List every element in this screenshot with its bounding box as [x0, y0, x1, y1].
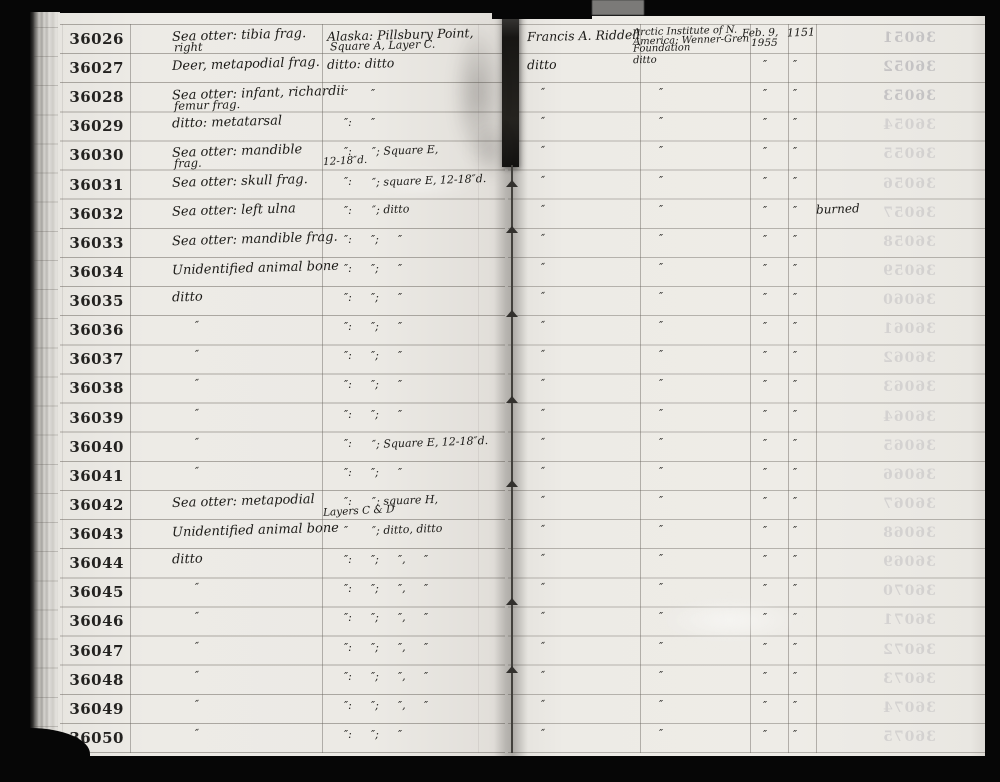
institution-line1: ″ — [659, 669, 663, 682]
catalog-number: 36033 — [56, 234, 124, 252]
specimen-description-line2: frag. — [174, 156, 202, 171]
date: ″ — [763, 145, 767, 158]
catalog-number: 36048 — [56, 671, 124, 689]
ditto-mark: ″ — [398, 728, 402, 741]
ledger-row: 36043 Unidentified animal bone ″ ″; ditt… — [0, 520, 1000, 549]
institution-line1: ″ — [659, 640, 663, 653]
specimen-description-line2: femur frag. — [174, 97, 241, 113]
ledger-row: 36047 ″ ″: ″; ″, ″ ″ ″ ″ ″ 36072 — [0, 637, 1000, 666]
remarks: burned — [816, 201, 860, 217]
ditto-mark: ″ — [424, 611, 428, 624]
institution-line1: ″ — [659, 523, 663, 536]
ditto-mark: ″; — [371, 233, 379, 246]
ditto-mark: ″ — [424, 670, 428, 683]
catalog-number: 36028 — [56, 88, 124, 106]
ditto-mark: ″ — [398, 291, 402, 304]
ditto-mark: ″ — [371, 87, 375, 100]
specimen-description: ″ — [195, 377, 199, 390]
ditto-mark: ″ — [371, 116, 375, 129]
specimen-description: ″ — [195, 698, 199, 711]
date: ″ — [763, 378, 767, 391]
ditto-mark: ″ — [424, 553, 428, 566]
date: ″ — [763, 582, 767, 595]
ditto-mark: ″: — [344, 641, 352, 654]
ledger-row: 36029 ditto: metatarsal ″: ″ ″ ″ ″ ″ 360… — [0, 112, 1000, 141]
ledger-row: 36041 ″ ″: ″; ″ ″ ″ ″ ″ 36066 — [0, 462, 1000, 491]
ledger-row: 36035 ditto ″: ″; ″ ″ ″ ″ ″ 36060 — [0, 287, 1000, 316]
collector: ″ — [541, 698, 545, 711]
date: ″ — [763, 87, 767, 100]
ditto-mark: ″; — [371, 408, 379, 421]
bleed-through-number: 36069 — [878, 554, 940, 570]
collector: ″ — [541, 669, 545, 682]
accession-number: ″ — [793, 320, 797, 333]
catalog-number: 36040 — [56, 438, 124, 456]
institution-line1: ″ — [659, 698, 663, 711]
locality-extra: ″; square E, 12-18″d. — [372, 172, 487, 189]
catalog-number: 36042 — [56, 496, 124, 514]
institution-line1: ″ — [659, 144, 663, 157]
bleed-through-number: 36074 — [878, 700, 940, 716]
collector: ″ — [541, 261, 545, 274]
ditto-mark: ″; — [371, 553, 379, 566]
accession-number: ″ — [793, 58, 797, 71]
ditto-mark: ″; — [371, 670, 379, 683]
bleed-through-number: 36070 — [878, 583, 940, 599]
specimen-description: ″ — [195, 639, 199, 652]
date: ″ — [763, 320, 767, 333]
collector: ″ — [541, 436, 545, 449]
catalog-number: 36045 — [56, 583, 124, 601]
institution-line1: ″ — [659, 203, 663, 216]
specimen-description: Sea otter: skull frag. — [172, 172, 308, 191]
accession-number: ″ — [793, 670, 797, 683]
ditto-mark: ″: — [344, 728, 352, 741]
catalog-number: 36032 — [56, 205, 124, 223]
institution-line1: ″ — [659, 290, 663, 303]
collector: ″ — [541, 86, 545, 99]
collector: ″ — [541, 174, 545, 187]
ledger-row: 36026 Sea otter: tibia frag. right Alask… — [0, 25, 1000, 54]
ditto-mark: ″, — [398, 641, 406, 654]
accession-number: ″ — [793, 553, 797, 566]
catalog-number: 36026 — [56, 30, 124, 48]
ditto-mark: ″; — [371, 699, 379, 712]
ditto-mark: ″ — [398, 466, 402, 479]
ditto-mark: ″: — [344, 378, 352, 391]
bleed-through-number: 36054 — [878, 117, 940, 133]
ditto-mark: ″, — [398, 670, 406, 683]
bleed-through-number: 36061 — [878, 321, 940, 337]
specimen-description-line2: right — [174, 40, 203, 55]
specimen-description: Unidentified animal bone — [172, 259, 339, 279]
date: ″ — [763, 466, 767, 479]
ditto-mark: ″: — [344, 320, 352, 333]
catalog-number: 36044 — [56, 554, 124, 572]
specimen-description: ″ — [195, 610, 199, 623]
bleed-through-number: 36067 — [878, 496, 940, 512]
ditto-mark: ″; — [371, 320, 379, 333]
ledger-row: 36045 ″ ″: ″; ″, ″ ″ ″ ″ ″ 36070 — [0, 578, 1000, 607]
collector: ″ — [541, 407, 545, 420]
date: ″ — [763, 204, 767, 217]
ditto-mark: ″; — [371, 466, 379, 479]
collector: ″ — [541, 115, 545, 128]
ditto-mark: ″ — [398, 262, 402, 275]
photo-border-notch — [492, 0, 592, 19]
specimen-description: Sea otter: metapodial — [172, 492, 315, 511]
date: ″ — [763, 699, 767, 712]
ledger-row: 36042 Sea otter: metapodial Layers C & D… — [0, 491, 1000, 520]
ditto-mark: ″: — [344, 204, 352, 217]
specimen-description: ditto — [172, 290, 203, 306]
catalog-number: 36034 — [56, 263, 124, 281]
ditto-mark: ″; — [371, 291, 379, 304]
specimen-description: ″ — [195, 406, 199, 419]
ditto-mark: ″, — [398, 582, 406, 595]
institution-line3: Foundation — [633, 42, 691, 54]
bleed-through-number: 36064 — [878, 409, 940, 425]
locality-extra: ″; ditto — [372, 202, 410, 216]
ledger-row: 36031 Sea otter: skull frag. ″: ″; squar… — [0, 171, 1000, 200]
catalog-number: 36043 — [56, 525, 124, 543]
ledger-row: 36034 Unidentified animal bone ″: ″; ″ ″… — [0, 258, 1000, 287]
ditto-mark: ″; — [371, 728, 379, 741]
institution-line1: ″ — [659, 552, 663, 565]
bleed-through-number: 36052 — [878, 59, 940, 75]
collector: ″ — [541, 348, 545, 361]
collector: ″ — [541, 552, 545, 565]
photo-border — [0, 0, 30, 782]
ledger-row: 36048 ″ ″: ″; ″, ″ ″ ″ ″ ″ 36073 — [0, 666, 1000, 695]
specimen-description: ″ — [195, 319, 199, 332]
ditto-mark: ″ — [344, 524, 348, 537]
ledger-row: 36038 ″ ″: ″; ″ ″ ″ ″ ″ 36063 — [0, 374, 1000, 403]
catalog-number: 36037 — [56, 350, 124, 368]
ledger-row: 36050 ″ ″: ″; ″ ″ ″ ″ ″ 36075 — [0, 724, 1000, 753]
date: ″ — [763, 524, 767, 537]
institution-line1: ″ — [659, 494, 663, 507]
date: ″ — [763, 408, 767, 421]
ditto-mark: ″ — [424, 699, 428, 712]
ditto-mark: ″; — [371, 349, 379, 362]
accession-number: ″ — [793, 582, 797, 595]
accession-number: ″ — [793, 291, 797, 304]
accession-number: ″ — [793, 204, 797, 217]
catalog-number: 36047 — [56, 642, 124, 660]
institution-line1: ″ — [659, 319, 663, 332]
ditto-mark: ″; — [371, 378, 379, 391]
specimen-description: Sea otter: mandible frag. — [172, 230, 338, 250]
date: ″ — [763, 728, 767, 741]
institution-line1: ″ — [659, 377, 663, 390]
date: ″ — [763, 641, 767, 654]
accession-number: ″ — [793, 611, 797, 624]
institution-line1: ″ — [659, 610, 663, 623]
date: ″ — [763, 116, 767, 129]
date: ″ — [763, 291, 767, 304]
ditto-mark: ″: — [344, 466, 352, 479]
collector: ″ — [541, 319, 545, 332]
collector: ″ — [541, 639, 545, 652]
accession-number: ″ — [793, 116, 797, 129]
specimen-description: ″ — [195, 465, 199, 478]
institution-line1: ″ — [659, 581, 663, 594]
bleed-through-number: 36053 — [878, 88, 940, 104]
institution-line1: ″ — [659, 436, 663, 449]
catalog-number: 36030 — [56, 146, 124, 164]
ditto-mark: ″ — [398, 233, 402, 246]
collector: ″ — [541, 523, 545, 536]
catalog-number: 36031 — [56, 176, 124, 194]
accession-number: ″ — [793, 728, 797, 741]
ditto-mark: ″, — [398, 611, 406, 624]
bleed-through-number: 36062 — [878, 350, 940, 366]
locality-extra: ″; Square E, 12-18″d. — [372, 434, 489, 451]
accession-number: ″ — [793, 349, 797, 362]
ditto-mark: ″: — [344, 145, 352, 158]
bleed-through-number: 36073 — [878, 671, 940, 687]
ditto-mark: ″: — [344, 291, 352, 304]
date: ″ — [763, 58, 767, 71]
bleed-through-number: 36066 — [878, 467, 940, 483]
ditto-mark: ″; — [371, 611, 379, 624]
ditto-mark: ″: — [344, 116, 352, 129]
institution-line1: ″ — [659, 86, 663, 99]
catalog-number: 36027 — [56, 59, 124, 77]
ditto-mark: ″: — [344, 553, 352, 566]
ditto-mark: ″; — [371, 582, 379, 595]
collector: Francis A. Riddell — [527, 27, 641, 44]
locality-line2: Square A, Layer C. — [330, 38, 436, 54]
ditto-mark: ″ — [398, 320, 402, 333]
locality-extra: ″; ditto, ditto — [372, 522, 443, 537]
collector: ″ — [541, 144, 545, 157]
accession-number: ″ — [793, 495, 797, 508]
accession-number: ″ — [793, 87, 797, 100]
accession-number: ″ — [793, 378, 797, 391]
institution-line1: ″ — [659, 727, 663, 740]
ditto-mark: ″, — [398, 699, 406, 712]
ledger-scan-photo: 36026 Sea otter: tibia frag. right Alask… — [0, 0, 1000, 782]
ditto-mark: ″: — [344, 408, 352, 421]
specimen-description: Unidentified animal bone — [172, 521, 339, 541]
date: ″ — [763, 349, 767, 362]
accession-number: ″ — [793, 699, 797, 712]
institution-line1: ″ — [659, 174, 663, 187]
date: ″ — [763, 670, 767, 683]
ditto-mark: ″ — [344, 87, 348, 100]
date: ″ — [763, 437, 767, 450]
ledger-row: 36037 ″ ″: ″; ″ ″ ″ ″ ″ 36062 — [0, 345, 1000, 374]
locality: ditto: ditto — [327, 55, 395, 72]
specimen-description: ″ — [195, 581, 199, 594]
specimen-description: ″ — [195, 727, 199, 740]
date: ″ — [763, 553, 767, 566]
institution-line1: ″ — [659, 407, 663, 420]
bleed-through-number: 36075 — [878, 729, 940, 745]
catalog-number: 36029 — [56, 117, 124, 135]
collector: ditto — [527, 57, 557, 73]
collector: ″ — [541, 203, 545, 216]
ledger-row: 36046 ″ ″: ″; ″, ″ ″ ″ ″ ″ 36071 — [0, 607, 1000, 636]
ditto-mark: ″; — [371, 641, 379, 654]
bleed-through-number: 36051 — [878, 30, 940, 46]
ditto-mark: ″: — [344, 495, 352, 508]
ditto-mark: ″: — [344, 582, 352, 595]
institution-line1: ″ — [659, 261, 663, 274]
ditto-mark: ″: — [344, 611, 352, 624]
accession-number: ″ — [793, 175, 797, 188]
locality-extra: ″; Square E, — [372, 143, 439, 158]
ditto-mark: ″ — [424, 641, 428, 654]
ditto-mark: ″ — [398, 408, 402, 421]
catalog-number: 36036 — [56, 321, 124, 339]
accession-number: ″ — [793, 408, 797, 421]
ledger-row: 36033 Sea otter: mandible frag. ″: ″; ″ … — [0, 229, 1000, 258]
bleed-through-number: 36072 — [878, 642, 940, 658]
ledger-row: 36036 ″ ″: ″; ″ ″ ″ ″ ″ 36061 — [0, 316, 1000, 345]
specimen-description: ditto: metatarsal — [172, 114, 282, 132]
accession-number: ″ — [793, 262, 797, 275]
gutter-top-shadow — [592, 0, 644, 15]
ledger-row: 36044 ditto ″: ″; ″, ″ ″ ″ ″ ″ 36069 — [0, 549, 1000, 578]
collector: ″ — [541, 581, 545, 594]
institution-line1: ″ — [659, 115, 663, 128]
ledger-rows: 36026 Sea otter: tibia frag. right Alask… — [0, 0, 1000, 782]
institution-line1: ditto — [633, 55, 657, 67]
ledger-row: 36030 Sea otter: mandible frag. 12-18″d.… — [0, 141, 1000, 170]
specimen-description: ″ — [195, 669, 199, 682]
date: ″ — [763, 611, 767, 624]
institution-line1: ″ — [659, 232, 663, 245]
accession-number: ″ — [793, 466, 797, 479]
bleed-through-number: 36059 — [878, 263, 940, 279]
locality-extra: ″; square H, — [372, 493, 438, 508]
ditto-mark: ″, — [398, 553, 406, 566]
photo-border — [985, 0, 1000, 782]
collector: ″ — [541, 610, 545, 623]
specimen-description: ″ — [195, 436, 199, 449]
bleed-through-number: 36071 — [878, 612, 940, 628]
collector: ″ — [541, 727, 545, 740]
ditto-mark: ″: — [344, 437, 352, 450]
ledger-row: 36049 ″ ″: ″; ″, ″ ″ ″ ″ ″ 36074 — [0, 695, 1000, 724]
institution-line1: ″ — [659, 348, 663, 361]
ditto-mark: ″: — [344, 670, 352, 683]
collector: ″ — [541, 465, 545, 478]
accession-number: ″ — [793, 437, 797, 450]
catalog-number: 36035 — [56, 292, 124, 310]
ditto-mark: ″: — [344, 262, 352, 275]
date-year: 1955 — [751, 37, 778, 49]
catalog-number: 36046 — [56, 612, 124, 630]
ditto-mark: ″: — [344, 699, 352, 712]
bleed-through-number: 36056 — [878, 176, 940, 192]
accession-number: ″ — [793, 145, 797, 158]
collector: ″ — [541, 494, 545, 507]
collector: ″ — [541, 290, 545, 303]
specimen-description: ditto — [172, 552, 203, 568]
collector: ″ — [541, 232, 545, 245]
bleed-through-number: 36068 — [878, 525, 940, 541]
institution-line1: ″ — [659, 465, 663, 478]
ledger-row: 36039 ″ ″: ″; ″ ″ ″ ″ ″ 36064 — [0, 404, 1000, 433]
date: ″ — [763, 175, 767, 188]
bleed-through-number: 36058 — [878, 234, 940, 250]
accession-number: 1151 — [787, 26, 815, 40]
ledger-row: 36032 Sea otter: left ulna ″: ″; ditto ″… — [0, 200, 1000, 229]
ditto-mark: ″: — [344, 349, 352, 362]
ditto-mark: ″: — [344, 233, 352, 246]
photo-border — [0, 756, 1000, 782]
bleed-through-number: 36065 — [878, 438, 940, 454]
catalog-number: 36039 — [56, 409, 124, 427]
ledger-row: 36028 Sea otter: infant, richardii femur… — [0, 83, 1000, 112]
bleed-through-number: 36063 — [878, 379, 940, 395]
bleed-through-number: 36057 — [878, 205, 940, 221]
ditto-mark: ″ — [398, 349, 402, 362]
ledger-row: 36040 ″ ″: ″; Square E, 12-18″d. ″ ″ ″ ″… — [0, 433, 1000, 462]
accession-number: ″ — [793, 641, 797, 654]
ditto-mark: ″ — [424, 582, 428, 595]
ledger-row: 36027 Deer, metapodial frag. ditto: ditt… — [0, 54, 1000, 83]
bleed-through-number: 36055 — [878, 146, 940, 162]
ditto-mark: ″; — [371, 262, 379, 275]
date: ″ — [763, 233, 767, 246]
catalog-number: 36038 — [56, 379, 124, 397]
specimen-description: Sea otter: left ulna — [172, 201, 296, 219]
catalog-number: 36041 — [56, 467, 124, 485]
accession-number: ″ — [793, 524, 797, 537]
bleed-through-number: 36060 — [878, 292, 940, 308]
accession-number: ″ — [793, 233, 797, 246]
specimen-description: Deer, metapodial frag. — [172, 55, 320, 74]
catalog-number: 36049 — [56, 700, 124, 718]
ditto-mark: ″: — [344, 175, 352, 188]
date: ″ — [763, 495, 767, 508]
date: ″ — [763, 262, 767, 275]
collector: ″ — [541, 377, 545, 390]
ditto-mark: ″ — [398, 378, 402, 391]
specimen-description: ″ — [195, 348, 199, 361]
